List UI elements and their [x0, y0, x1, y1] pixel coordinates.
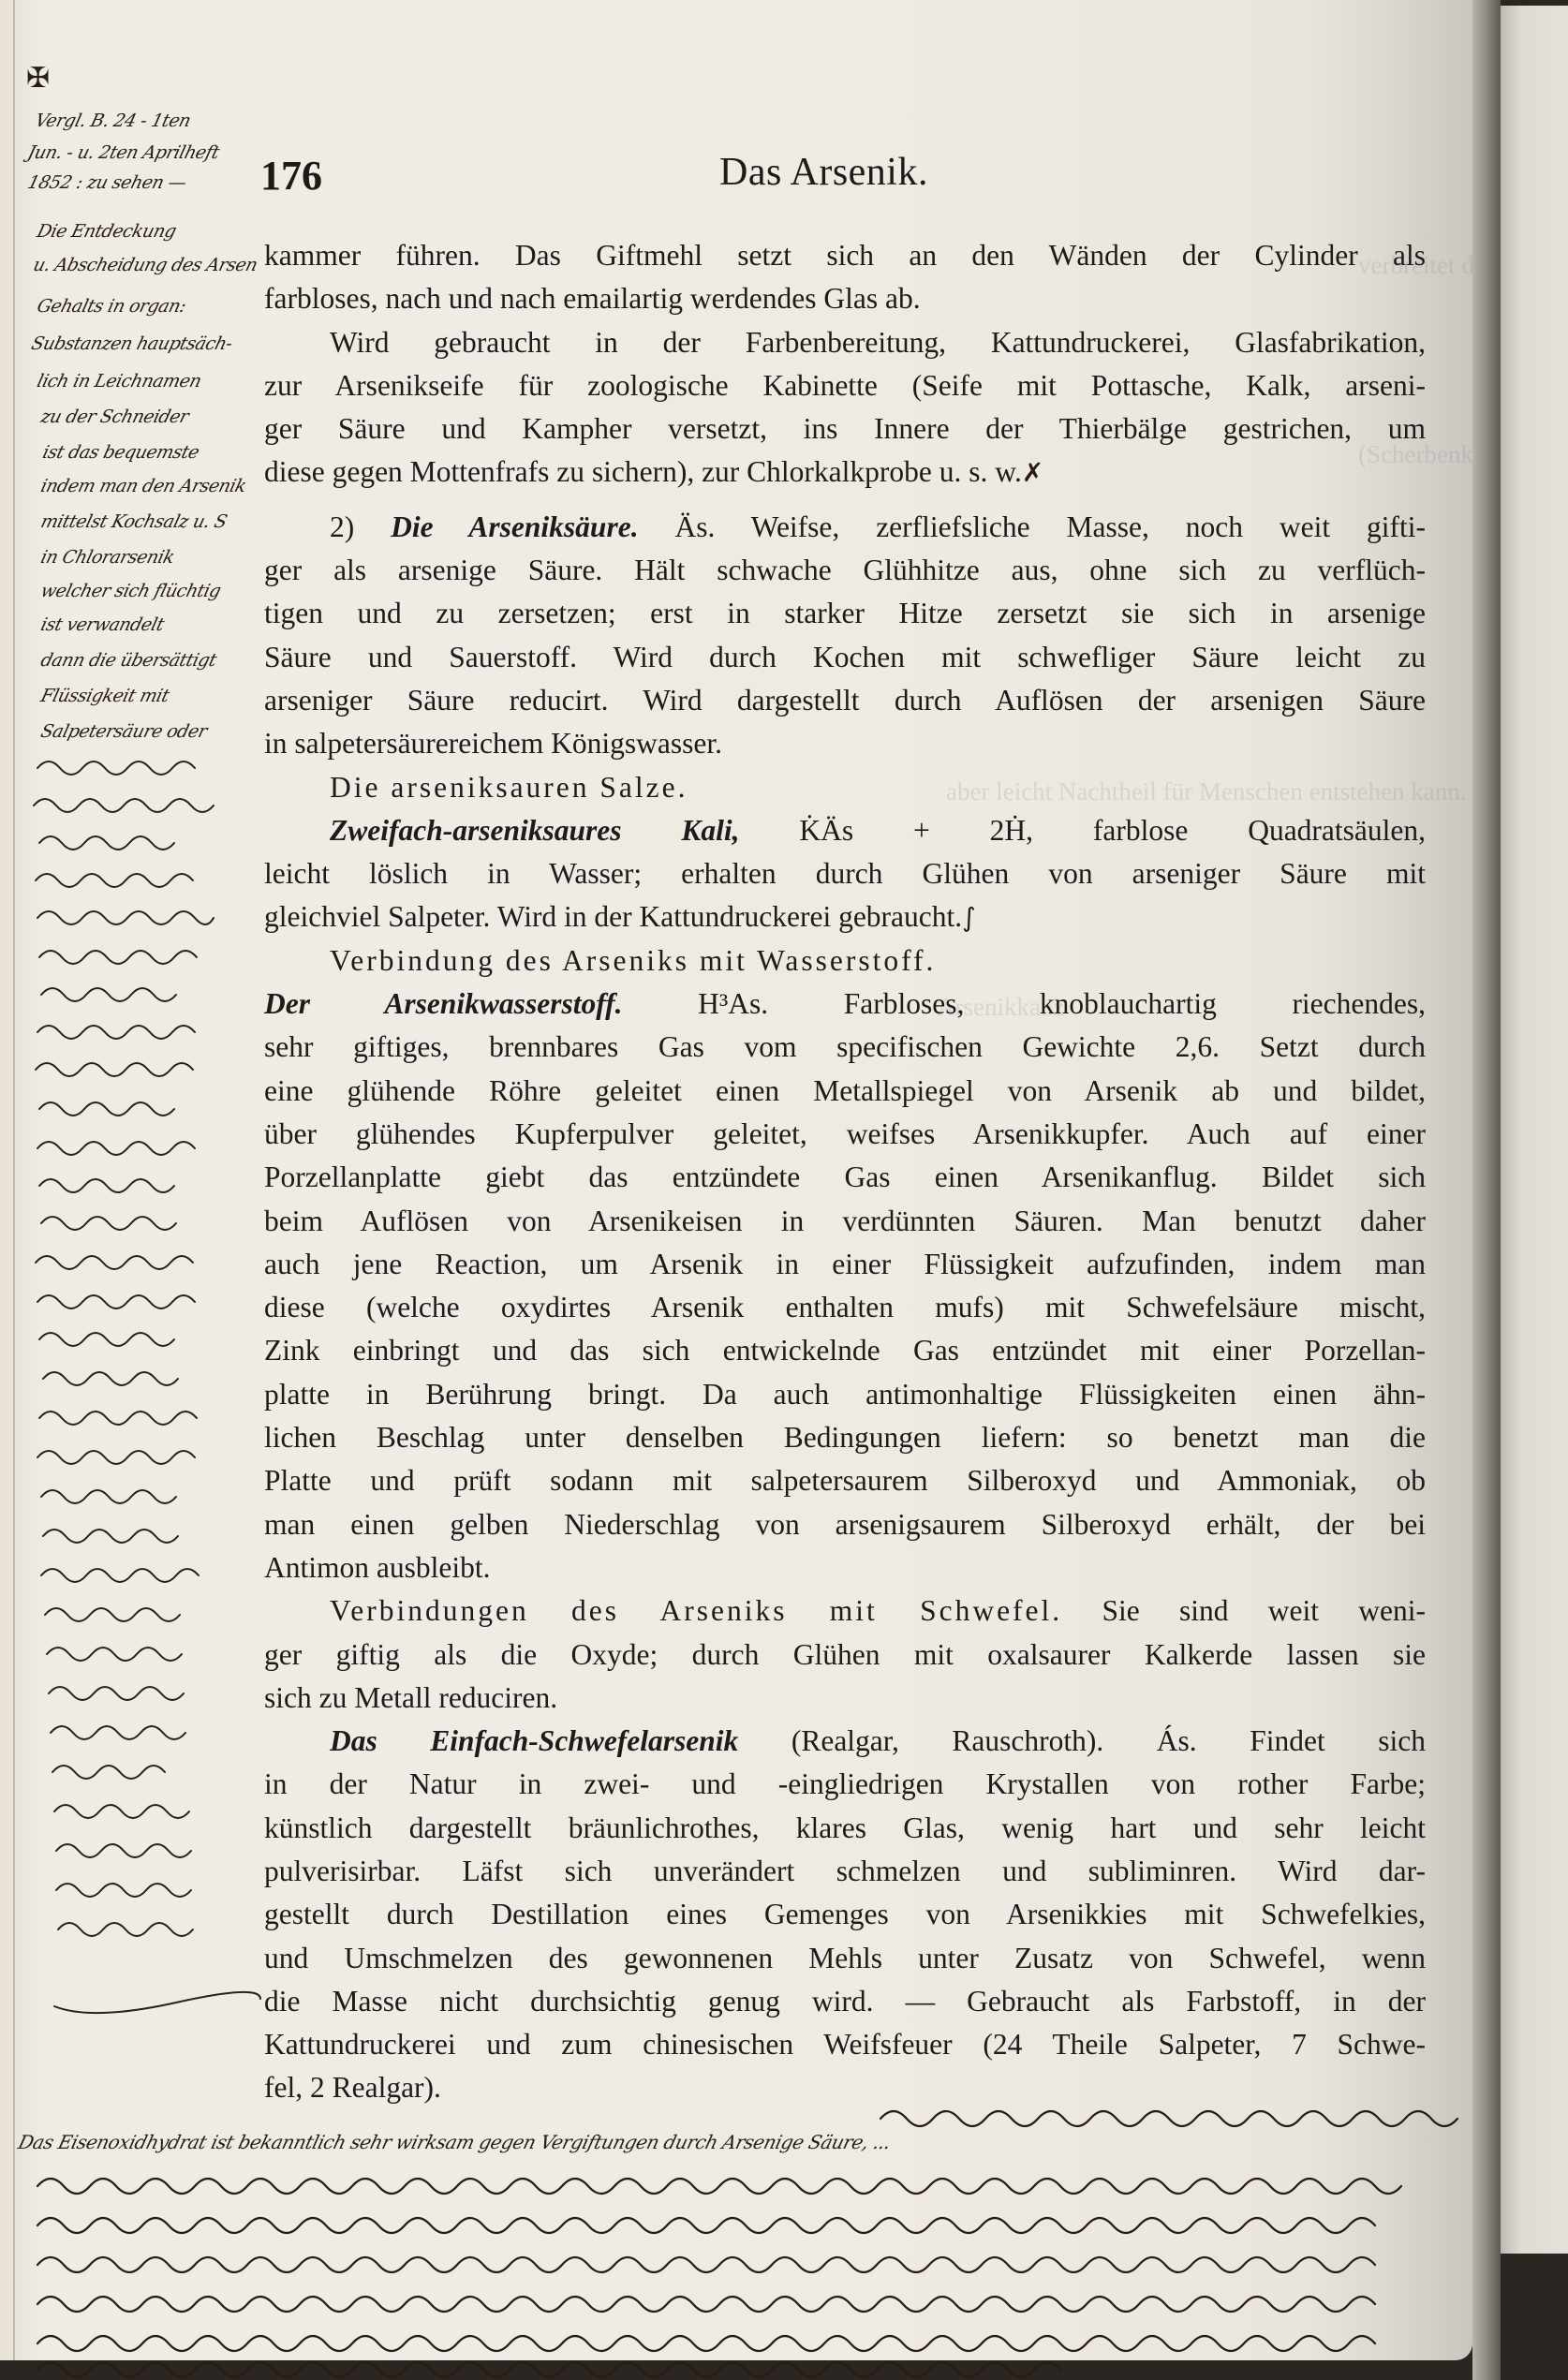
- margin-note: u. Abscheidung des Arsen: [31, 255, 259, 275]
- margin-note: 1852 : zu sehen —: [25, 172, 188, 193]
- text-line: ger als arsenige Säure. Hält schwache Gl…: [264, 549, 1426, 592]
- margin-note: Die Entdeckung: [35, 221, 178, 242]
- text-fragment: (Realgar, Rauschroth).: [791, 1724, 1103, 1757]
- book-gutter: [1472, 0, 1501, 2380]
- text-line: über glühendes Kupferpulver geleitet, we…: [264, 1113, 1426, 1156]
- text-line: künstlich dargestellt bräunlichrothes, k…: [264, 1807, 1426, 1850]
- text-line: arseniger Säure reducirt. Wird dargestel…: [264, 679, 1426, 722]
- text-fragment: Farbloses, knoblauchartig riechendes,: [844, 987, 1426, 1020]
- section-heading: Verbindung des Arseniks mit Wasserstoff.: [264, 939, 1426, 983]
- chemical-formula: Äs.: [675, 510, 716, 543]
- text-fragment: Weifse, zerfliefsliche Masse, noch weit …: [751, 510, 1426, 543]
- text-line: tigen und zu zersetzen; erst in starker …: [264, 592, 1426, 635]
- text-line: ger Säure und Kampher versetzt, ins Inne…: [264, 407, 1426, 451]
- text-line: diese gegen Mottenfrafs zu sichern), zur…: [264, 451, 1426, 494]
- text-line: Antimon ausbleibt.: [264, 1546, 1426, 1589]
- margin-note: Vergl. B. 24 - 1ten: [33, 111, 193, 131]
- margin-note: Flüssigkeit mit: [38, 686, 170, 706]
- facing-page-edge: [1501, 6, 1568, 2254]
- margin-note: zu der Schneider: [38, 407, 190, 427]
- section-title: Das Einfach-Schwefelarsenik: [330, 1724, 738, 1757]
- margin-note: Substanzen hauptsäch-: [29, 333, 234, 354]
- margin-note: Gehalts in organ:: [35, 296, 187, 317]
- text-line: 2) Die Arseniksäure. Äs. Weifse, zerflie…: [264, 506, 1426, 549]
- text-line: sich zu Metall reduciren.: [264, 1677, 1426, 1720]
- text-line: Zweifach-arseniksaures Kali, K̇Äs + 2Ḣ, …: [264, 809, 1426, 852]
- text-line: sehr giftiges, brennbares Gas vom specif…: [264, 1026, 1426, 1069]
- margin-note: mittelst Kochsalz u. S: [38, 511, 229, 532]
- text-fragment: Findet sich: [1250, 1724, 1426, 1757]
- text-line: lichen Beschlag unter denselben Bedingun…: [264, 1416, 1426, 1459]
- chemical-formula: Ás.: [1157, 1724, 1197, 1757]
- running-head: 176 Das Arsenik.: [260, 152, 1422, 208]
- text-line: eine glühende Röhre geleitet einen Metal…: [264, 1070, 1426, 1113]
- section-number: 2): [330, 510, 354, 543]
- margin-note: Jun. - u. 2ten Aprilheft: [25, 142, 221, 163]
- text-line: Verbindungen des Arseniks mit Schwefel. …: [264, 1589, 1426, 1633]
- text-line: Platte und prüft sodann mit salpetersaur…: [264, 1459, 1426, 1502]
- text-line: Porzellanplatte giebt das entzündete Gas…: [264, 1156, 1426, 1199]
- chemical-formula: K̇Äs + 2Ḣ,: [799, 814, 1033, 847]
- cross-mark-icon: ✠: [26, 62, 50, 95]
- text-line: die Masse nicht durchsichtig genug wird.…: [264, 1980, 1426, 2023]
- margin-note: ist verwandelt: [38, 614, 166, 635]
- page-number: 176: [260, 152, 322, 200]
- text-line: platte in Berührung bringt. Da auch anti…: [264, 1373, 1426, 1416]
- text-line: auch jene Reaction, um Arsenik in einer …: [264, 1243, 1426, 1286]
- body-text: kammer führen. Das Giftmehl setzt sich a…: [264, 234, 1426, 2110]
- illegible-handwriting: [28, 749, 262, 2098]
- chemical-formula: H³As.: [698, 987, 768, 1020]
- text-line: Wird gebraucht in der Farbenbereitung, K…: [264, 321, 1426, 364]
- text-line: und Umschmelzen des gewonnenen Mehls unt…: [264, 1937, 1426, 1980]
- running-title: Das Arsenik.: [719, 150, 928, 195]
- margin-note: ist das bequemste: [40, 442, 200, 463]
- text-line: man einen gelben Niederschlag von arseni…: [264, 1503, 1426, 1546]
- book-page: verbreitet dabei (Scherbenkob aber leich…: [0, 0, 1472, 2360]
- text-line: in der Natur in zwei- und -eingliedrigen…: [264, 1763, 1426, 1806]
- editor-check-mark: ∫: [962, 902, 976, 933]
- margin-note: in Chlorarsenik: [38, 547, 176, 568]
- text-line: beim Auflösen von Arsenikeisen in verdün…: [264, 1200, 1426, 1243]
- margin-note: dann die übersättigt: [38, 650, 218, 671]
- text-line: Das Einfach-Schwefelarsenik (Realgar, Ra…: [264, 1720, 1426, 1763]
- text-fragment: farblose Quadratsäulen,: [1093, 814, 1426, 847]
- illegible-handwriting: [19, 2098, 1461, 2379]
- editor-cross-mark: ✗: [1022, 457, 1043, 488]
- margin-note: Salpetersäure oder: [38, 721, 209, 742]
- text-line: Zink einbringt und das sich entwickelnde…: [264, 1329, 1426, 1372]
- text-fragment: gleichviel Salpeter. Wird in der Kattund…: [264, 900, 962, 933]
- text-line: ger giftig als die Oxyde; durch Glühen m…: [264, 1633, 1426, 1677]
- section-heading: Die arseniksauren Salze.: [264, 766, 1426, 809]
- text-line: in salpetersäurereichem Königswasser.: [264, 722, 1426, 765]
- text-line: leicht löslich in Wasser; erhalten durch…: [264, 852, 1426, 895]
- section-heading: Verbindungen des Arseniks mit Schwefel.: [330, 1594, 1062, 1627]
- text-line: farbloses, nach und nach emailartig werd…: [264, 277, 1426, 320]
- margin-note: lich in Leichnamen: [35, 371, 203, 392]
- text-line: Der Arsenikwasserstoff. H³As. Farbloses,…: [264, 983, 1426, 1026]
- section-title: Die Arseniksäure.: [391, 510, 638, 543]
- margin-note: indem man den Arsenik: [38, 476, 248, 496]
- text-line: gleichviel Salpeter. Wird in der Kattund…: [264, 895, 1426, 939]
- text-line: diese (welche oxydirtes Arsenik enthalte…: [264, 1286, 1426, 1329]
- margin-note: welcher sich flüchtig: [38, 581, 223, 601]
- section-title: Zweifach-arseniksaures Kali,: [330, 814, 740, 847]
- text-fragment: Sie sind weit weni-: [1102, 1594, 1426, 1627]
- text-line: pulverisirbar. Läfst sich unverändert sc…: [264, 1850, 1426, 1893]
- text-line: kammer führen. Das Giftmehl setzt sich a…: [264, 234, 1426, 277]
- section-title: Der Arsenikwasserstoff.: [264, 987, 623, 1020]
- text-line: zur Arsenikseife für zoologische Kabinet…: [264, 364, 1426, 407]
- text-line: gestellt durch Destillation eines Gemeng…: [264, 1893, 1426, 1936]
- text-line: Kattundruckerei und zum chinesischen Wei…: [264, 2023, 1426, 2066]
- text-fragment: diese gegen Mottenfrafs zu sichern), zur…: [264, 455, 1022, 488]
- text-line: Säure und Sauerstoff. Wird durch Kochen …: [264, 636, 1426, 679]
- page-edge: [13, 0, 15, 2360]
